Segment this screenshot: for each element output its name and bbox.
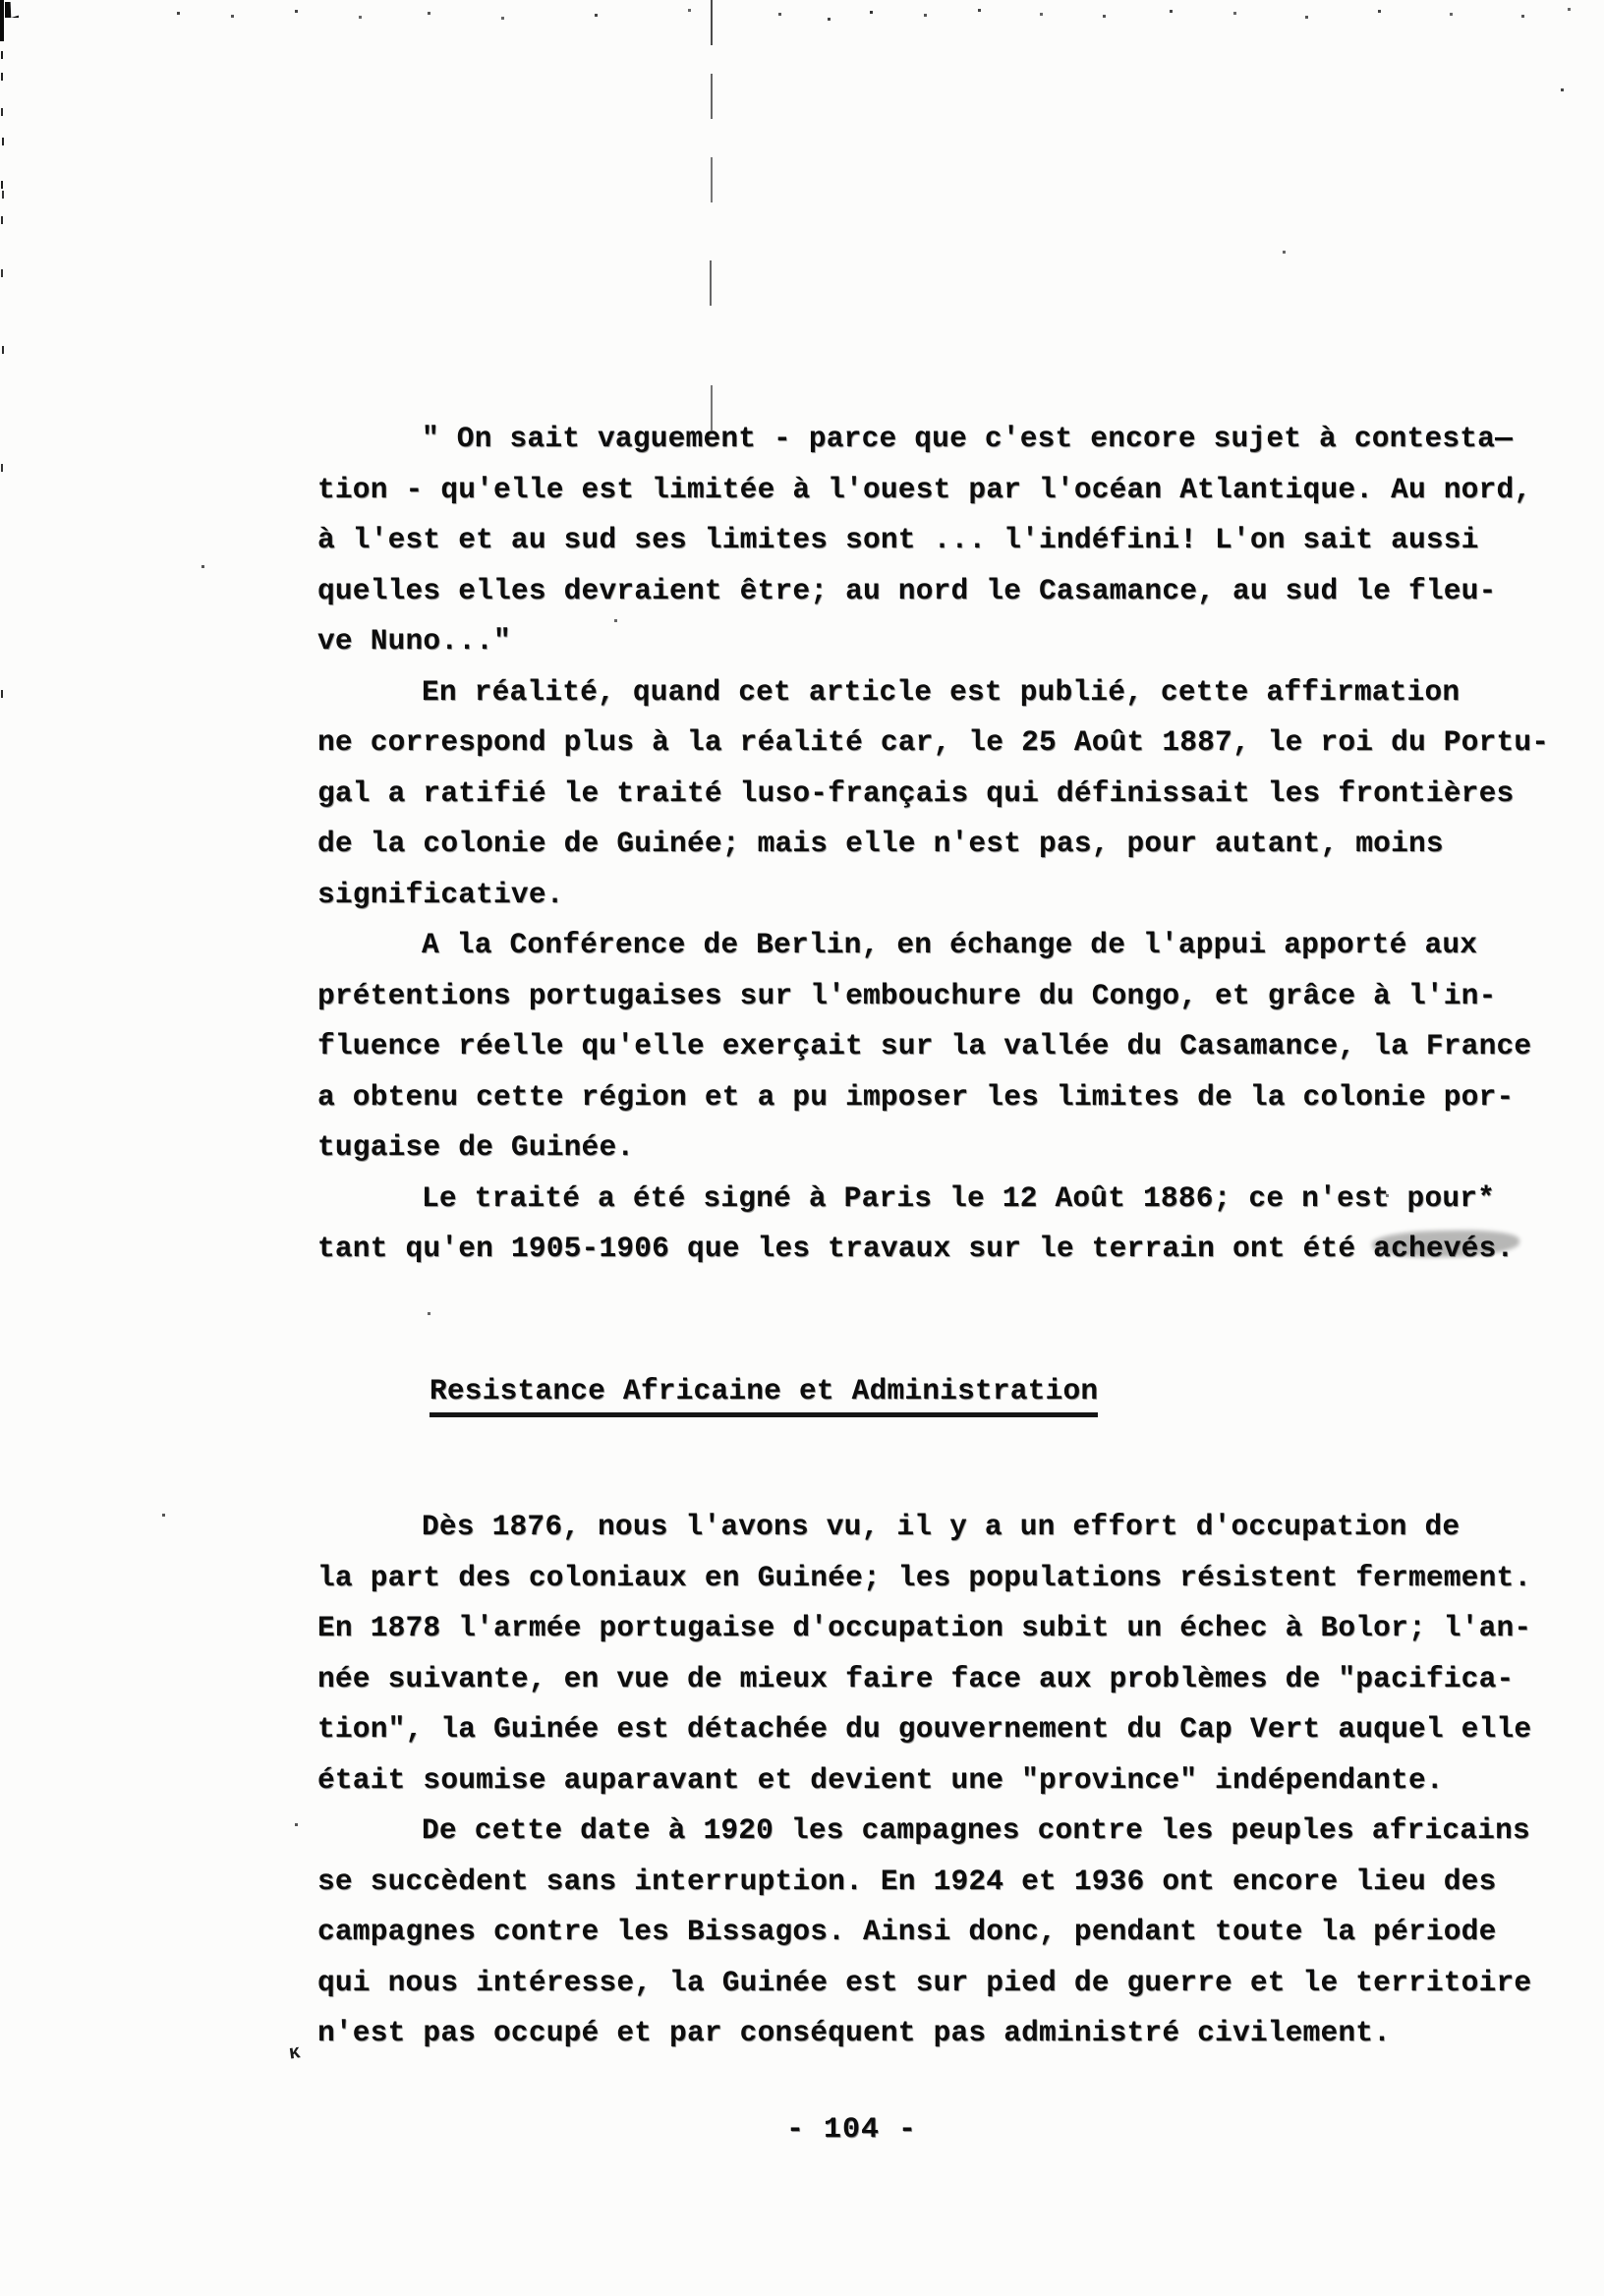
text-line: tion", la Guinée est détachée du gouvern… bbox=[317, 1704, 1556, 1755]
text-line: tant qu'en 1905-1906 que les travaux sur… bbox=[317, 1224, 1556, 1275]
page-number: - 104 - bbox=[786, 2113, 917, 2147]
text-line: De cette date à 1920 les campagnes contr… bbox=[317, 1806, 1556, 1857]
text-line: " On sait vaguement - parce que c'est en… bbox=[317, 414, 1556, 465]
text-line: A la Conférence de Berlin, en échange de… bbox=[317, 920, 1556, 971]
text-line: significative. bbox=[317, 870, 1556, 921]
text-line: campagnes contre les Bissagos. Ainsi don… bbox=[317, 1907, 1556, 1958]
text-line: En réalité, quand cet article est publié… bbox=[317, 667, 1556, 718]
typewritten-block-lower: Dès 1876, nous l'avons vu, il y a un eff… bbox=[317, 1502, 1556, 2059]
paragraph-treaty-ratification: En réalité, quand cet article est publié… bbox=[317, 667, 1556, 921]
paragraph-campaigns-1920: De cette date à 1920 les campagnes contr… bbox=[317, 1806, 1556, 2059]
paragraph-resistance-1876: Dès 1876, nous l'avons vu, il y a un eff… bbox=[317, 1502, 1556, 1806]
text-line: n'est pas occupé et par conséquent pas a… bbox=[317, 2008, 1556, 2059]
text-line: gal a ratifié le traité luso-français qu… bbox=[317, 769, 1556, 820]
typewritten-block-upper: " On sait vaguement - parce que c'est en… bbox=[317, 414, 1556, 1275]
text-line: la part des coloniaux en Guinée; les pop… bbox=[317, 1553, 1556, 1604]
text-line: tion - qu'elle est limitée à l'ouest par… bbox=[317, 465, 1556, 516]
text-line: née suivante, en vue de mieux faire face… bbox=[317, 1654, 1556, 1705]
text-line: En 1878 l'armée portugaise d'occupation … bbox=[317, 1603, 1556, 1654]
text-line: a obtenu cette région et a pu imposer le… bbox=[317, 1072, 1556, 1123]
scan-edge-blob bbox=[5, 2, 19, 18]
paragraph-berlin-conference: A la Conférence de Berlin, en échange de… bbox=[317, 920, 1556, 1174]
text-line: prétentions portugaises sur l'embouchure… bbox=[317, 971, 1556, 1022]
text-line: à l'est et au sud ses limites sont ... l… bbox=[317, 515, 1556, 566]
paragraph-treaty-signature: Le traité a été signé à Paris le 12 Août… bbox=[317, 1174, 1556, 1275]
text-line: était soumise auparavant et devient une … bbox=[317, 1755, 1556, 1807]
text-line: de la colonie de Guinée; mais elle n'est… bbox=[317, 819, 1556, 870]
scanned-document-page: " On sait vaguement - parce que c'est en… bbox=[0, 0, 1604, 2296]
scan-edge-dashes bbox=[1, 51, 3, 59]
scan-edge-bar bbox=[0, 0, 4, 41]
quote-paragraph: " On sait vaguement - parce que c'est en… bbox=[317, 414, 1556, 667]
section-heading: Resistance Africaine et Administration bbox=[430, 1374, 1098, 1417]
text-line: ne correspond plus à la réalité car, le … bbox=[317, 717, 1556, 769]
text-line: se succèdent sans interruption. En 1924 … bbox=[317, 1857, 1556, 1908]
text-line: tugaise de Guinée. bbox=[317, 1122, 1556, 1174]
text-line: quelles elles devraient être; au nord le… bbox=[317, 566, 1556, 617]
scan-body-specks bbox=[201, 565, 204, 568]
scan-fold-line bbox=[711, 0, 713, 45]
text-line: Dès 1876, nous l'avons vu, il y a un eff… bbox=[317, 1502, 1556, 1553]
text-line: fluence réelle qu'elle exerçait sur la v… bbox=[317, 1021, 1556, 1072]
scan-top-specks bbox=[177, 12, 180, 15]
text-line: Le traité a été signé à Paris le 12 Août… bbox=[317, 1174, 1556, 1225]
stray-pen-mark: ĸ bbox=[287, 2041, 302, 2065]
text-line: qui nous intéresse, la Guinée est sur pi… bbox=[317, 1958, 1556, 2009]
text-line: ve Nuno..." bbox=[317, 616, 1556, 667]
